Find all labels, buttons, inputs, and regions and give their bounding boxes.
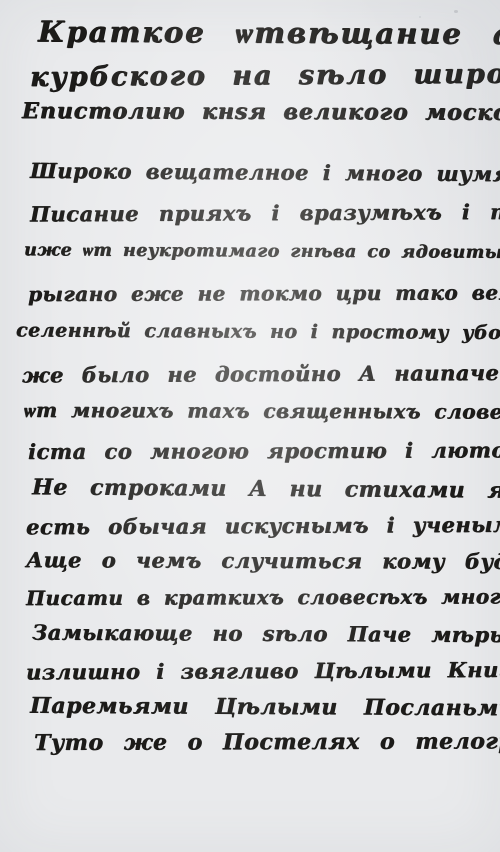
manuscript-text-line: Не строками А ни стихами яко (32, 474, 500, 504)
manuscript-text-line: Туто же о Постелях о телогрѣяхъ (34, 728, 500, 756)
manuscript-text-line: іста со многою яростию і лютостию (28, 437, 500, 464)
manuscript-text-line: Замыкающе но ѕѣло Паче мѣры пре (32, 620, 500, 648)
manuscript-page: Краткое ѡтвѣщание андрѣя курбского на ѕѣ… (0, 0, 500, 852)
manuscript-text-line: Аще о чемъ случиться кому будетъ (26, 547, 500, 574)
paper-speck (454, 10, 458, 13)
manuscript-text-line: ѡт многихъ тахъ священныхъ словесъ хвата… (24, 398, 500, 425)
manuscript-text-line: Паремьями Цѣлыми Посланьми (30, 693, 500, 722)
manuscript-text-line: есть обычая искуснымъ і ученымъ (26, 512, 500, 540)
manuscript-text-line: Писание прияхъ і вразумѣхъ і познахъ (30, 199, 500, 227)
manuscript-text-line: селеннѣй славныхъ но і простому убогому … (16, 319, 500, 344)
manuscript-text-line: Писати в краткихъ словесѣхъ много разумъ (26, 584, 500, 610)
manuscript-title-line-1: Краткое ѡтвѣщание андрѣя (38, 14, 500, 52)
manuscript-title-line-3: Епистолию кнѕя великого московского (22, 98, 500, 126)
manuscript-text-line: излишно і звягливо Цѣлыми Книгами (26, 657, 500, 685)
manuscript-text-line: иже ѡт неукротимаго гнѣва со ядовитыми с… (24, 239, 500, 263)
manuscript-text-line: рыгано еже не токмо цри тако великихъ і … (28, 280, 500, 306)
manuscript-text-line: Широко вещателное і много шумящее твое (30, 158, 500, 187)
manuscript-text-line: же было не достойно А наипаче тако (22, 360, 500, 388)
manuscript-title-line-2: курбского на ѕѣло широкую (30, 58, 500, 93)
